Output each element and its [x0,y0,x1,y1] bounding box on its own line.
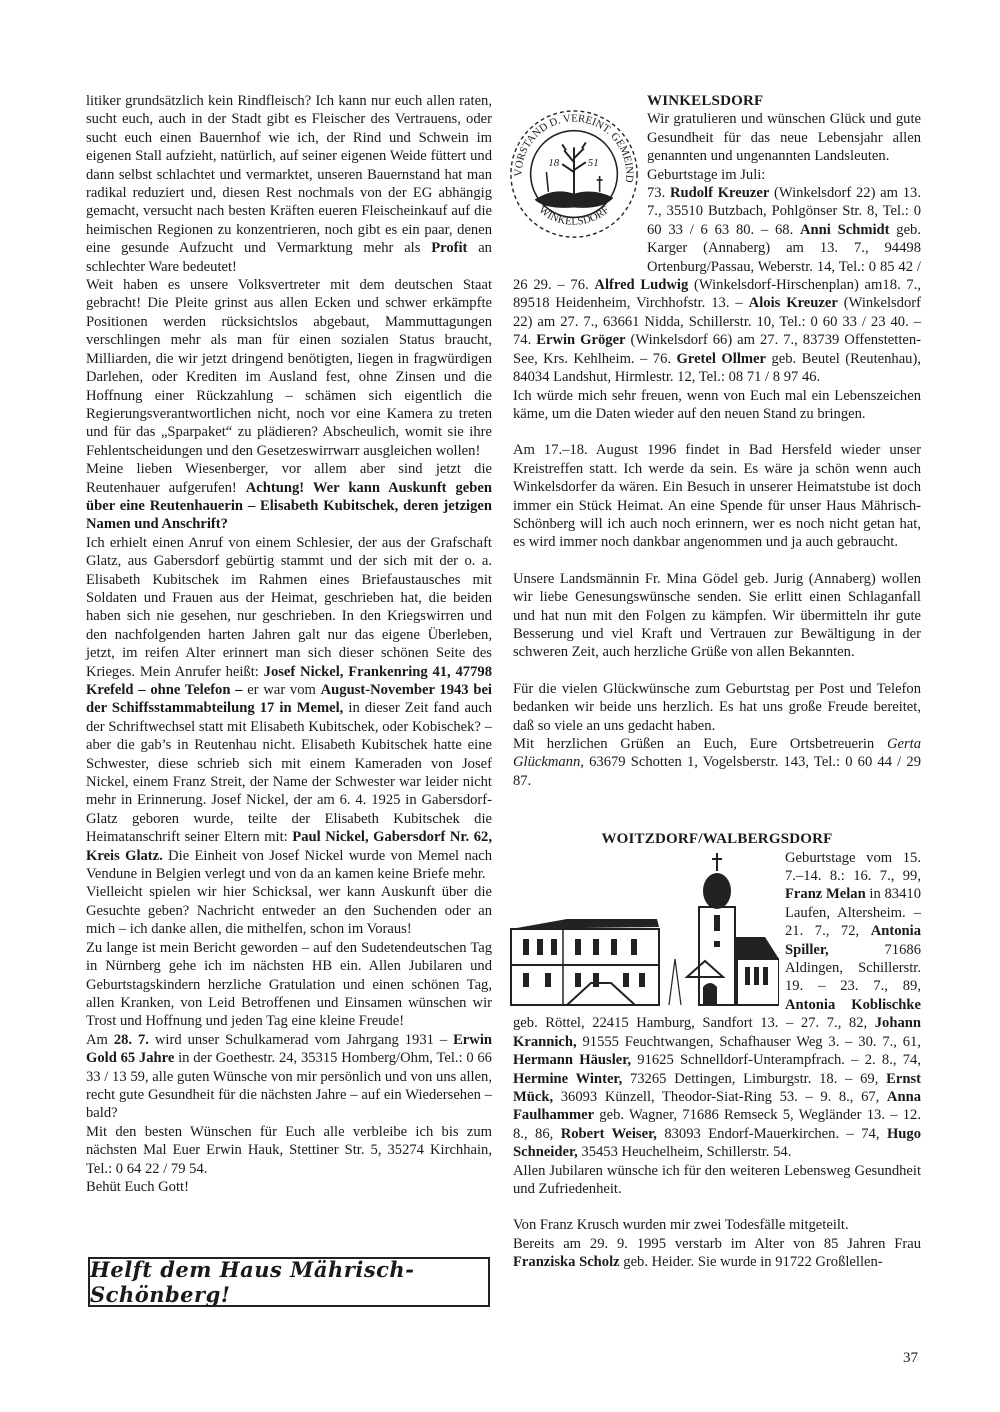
paragraph-beef: litiker grundsätzlich kein Rindfleisch? … [86,92,492,276]
paragraph-greetings: Zu lange ist mein Bericht geworden – auf… [86,939,492,1031]
paragraph-signoff: Mit den besten Wünschen für Euch alle ve… [86,1123,492,1178]
page-number: 37 [903,1350,918,1367]
ortsbetreuerin-signoff: Mit herzlichen Grüßen an Euch, Eure Orts… [513,735,921,790]
paragraph-fate: Vielleicht spielen wir hier Schicksal, w… [86,883,492,938]
thanks-paragraph: Für die vielen Glückwünsche zum Geburtst… [513,680,921,735]
paragraph-erwin-gold: Am 28. 7. wird unser Schulkamerad vom Ja… [86,1031,492,1123]
winkelsdorf-closing: Ich würde mich sehr freuen, wenn von Euc… [513,387,921,424]
paragraph-appeal: Meine lieben Wiesenberger, vor allem abe… [86,460,492,534]
haus-banner: Helft dem Haus Mährisch-Schönberg! [88,1257,490,1307]
svg-text:18: 18 [548,157,559,169]
right-column: VORSTAND D. VEREINT. GEMEINDE WINKELSDOR… [513,92,921,1272]
deaths-intro: Von Franz Krusch wurden mir zwei Todesfä… [513,1216,921,1234]
church-village-illustration-icon [507,849,779,1009]
paragraph-caller: Ich erhielt einen Anruf von einem Schles… [86,534,492,884]
kreistreffen-paragraph: Am 17.–18. August 1996 findet in Bad Her… [513,441,921,551]
left-column: litiker grundsätzlich kein Rindfleisch? … [86,92,492,1196]
woitzdorf-heading: WOITZDORF/WALBERGSDORF [513,830,921,848]
paragraph-blessing: Behüt Euch Gott! [86,1178,492,1196]
goedel-paragraph: Unsere Landsmännin Fr. Mina Gödel geb. J… [513,570,921,662]
deaths-paragraph: Bereits am 29. 9. 1995 verstarb im Alter… [513,1235,921,1272]
svg-text:51: 51 [588,157,599,169]
banner-text: Helft dem Haus Mährisch-Schönberg! [90,1257,488,1307]
winkelsdorf-seal-icon: VORSTAND D. VEREINT. GEMEINDE WINKELSDOR… [505,92,643,262]
paragraph-politics: Weit haben es unsere Volksvertreter mit … [86,276,492,460]
woitzdorf-closing: Allen Jubilaren wünsche ich für den weit… [513,1162,921,1199]
